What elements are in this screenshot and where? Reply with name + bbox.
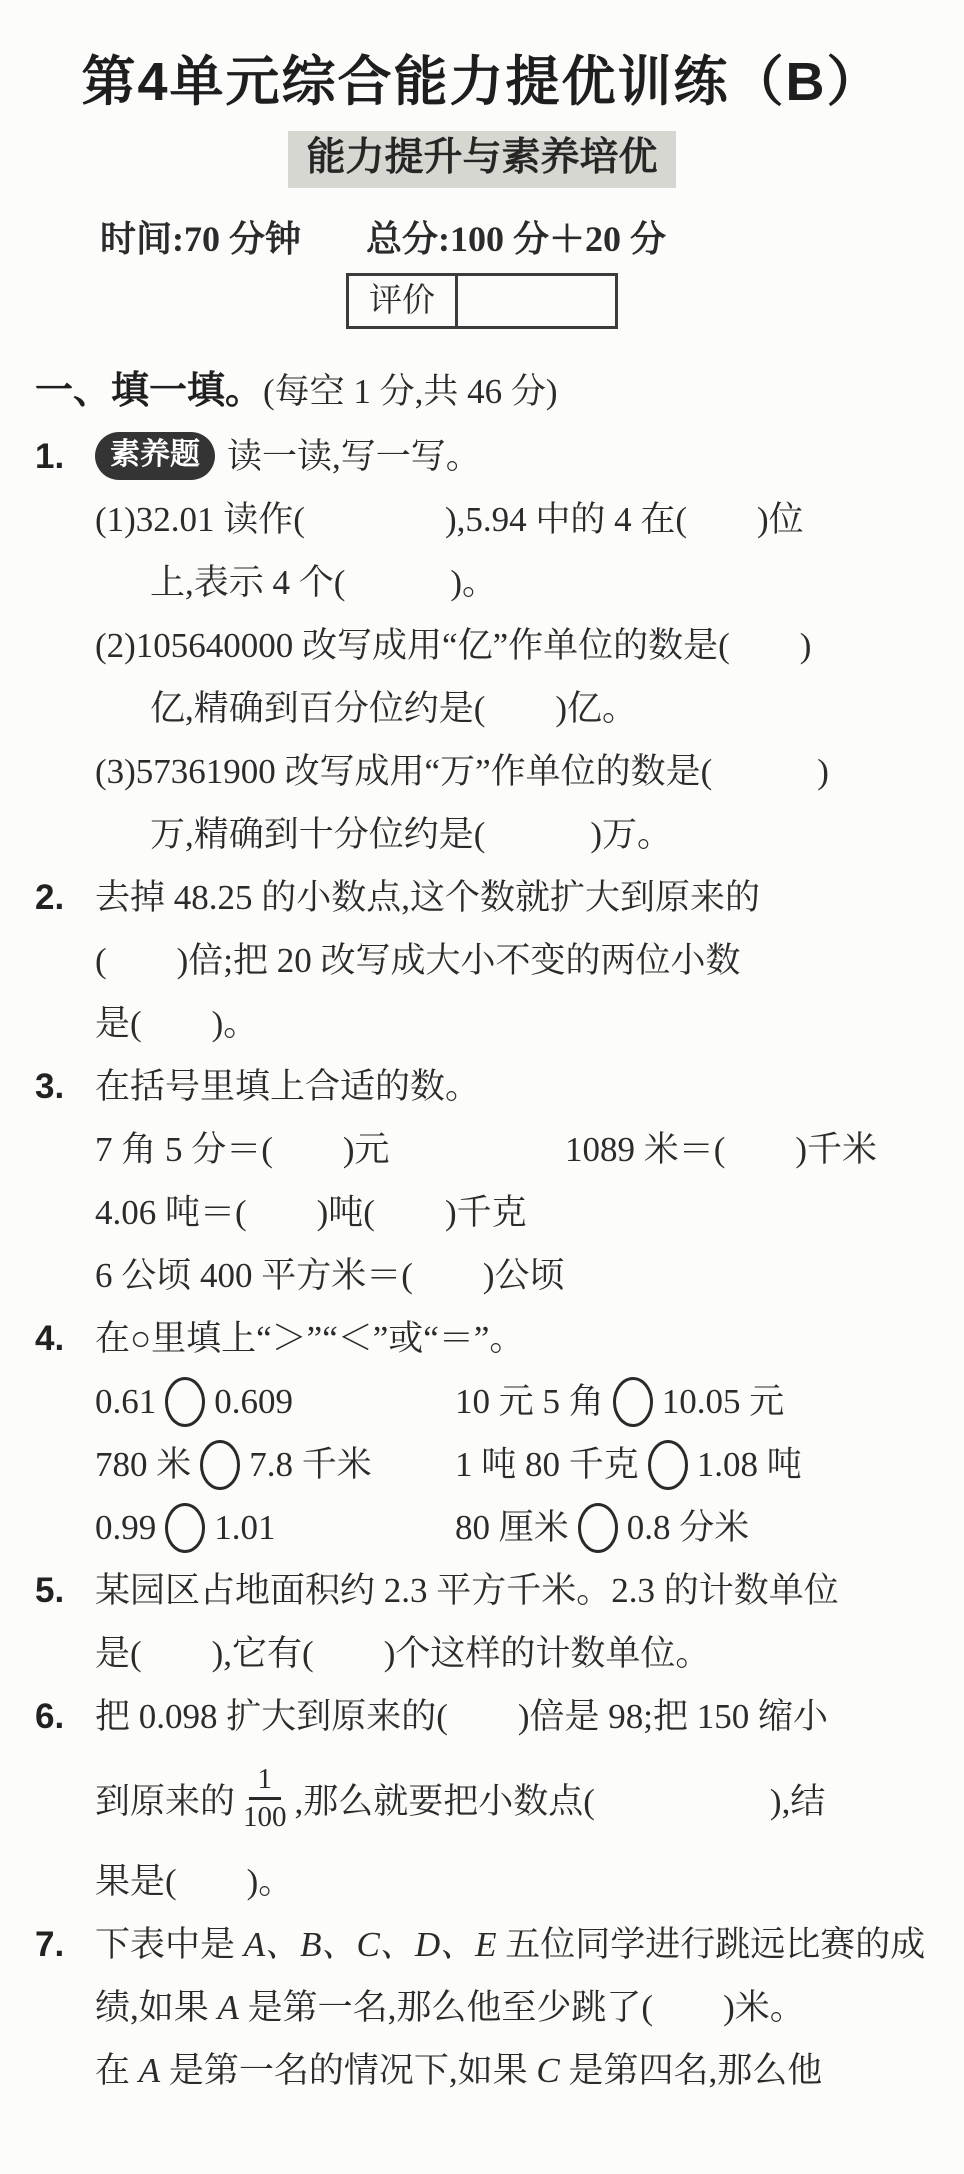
comparison-circle [648, 1440, 688, 1490]
evaluation-table: 评价 [346, 273, 618, 329]
evaluation-label-cell: 评价 [349, 276, 458, 326]
question-3-heading: 在括号里填上合适的数。 [95, 1067, 480, 1106]
question-1-intro: 读一读,写一写。 [227, 437, 481, 476]
comparison-circle [613, 1377, 653, 1427]
conversion-item: 1089 米＝( )千米 [565, 1130, 877, 1169]
question-4-row-1: 0.610.60910 元 5 角10.05 元 [95, 1370, 964, 1433]
comparison-left: 780 米 [95, 1445, 191, 1484]
fraction-1-over-100: 1100 [243, 1763, 287, 1835]
comparison-left: 1 吨 80 千克 [455, 1445, 639, 1484]
section-1-points-note: (每空 1 分,共 46 分) [263, 372, 558, 411]
comparison-pair: 1 吨 80 千克1.08 吨 [455, 1445, 802, 1484]
question-3-row-3: 6 公顷 400 平方米＝( )公顷 [95, 1244, 964, 1307]
question-5-number: 5. [35, 1559, 95, 1622]
competency-badge: 素养题 [95, 432, 215, 481]
question-4: 4.在○里填上“＞”“＜”或“＝”。 [35, 1307, 964, 1370]
question-7-line-3-part-1: 在 [95, 2051, 139, 2090]
question-5: 5.某园区占地面积约 2.3 平方千米。2.3 的计数单位 [35, 1559, 964, 1622]
worksheet-page: 第4单元综合能力提优训练（B） 能力提升与素养培优 时间:70 分钟 总分:10… [0, 0, 964, 2174]
question-7-line-2-prefix: 绩,如果 [95, 1988, 218, 2027]
question-6: 6.把 0.098 扩大到原来的( )倍是 98;把 150 缩小 [35, 1685, 964, 1748]
question-6-line-2-suffix: ,那么就要把小数点( ),结 [295, 1774, 826, 1824]
comparison-pair: 10 元 5 角10.05 元 [455, 1382, 784, 1421]
question-6-line-3: 果是( )。 [95, 1850, 964, 1913]
question-1-item-2-line-2: 亿,精确到百分位约是( )亿。 [150, 677, 964, 740]
evaluation-blank-cell [458, 276, 615, 326]
comparison-circle [200, 1440, 240, 1490]
comparison-circle [578, 1503, 618, 1553]
section-1-heading: 一、填一填。(每空 1 分,共 46 分) [35, 363, 964, 419]
question-6-line-2: 到原来的1100,那么就要把小数点( ),结 [95, 1748, 964, 1850]
question-7-line-3-part-3: 是第四名,那么他 [560, 2051, 823, 2090]
question-2-line-3: 是( )。 [95, 992, 964, 1055]
question-5-line-2: 是( ),它有( )个这样的计数单位。 [95, 1622, 964, 1685]
question-2-line-1: 去掉 48.25 的小数点,这个数就扩大到原来的 [95, 878, 760, 917]
question-7-line-1-suffix: 五位同学进行跳远比赛的成 [497, 1925, 926, 1964]
student-letter-a: A [218, 1988, 239, 2027]
comparison-left: 80 厘米 [455, 1508, 569, 1547]
question-4-row-3: 0.991.0180 厘米0.8 分米 [95, 1496, 964, 1559]
question-5-line-1: 某园区占地面积约 2.3 平方千米。2.3 的计数单位 [95, 1571, 839, 1610]
question-2-line-2: ( )倍;把 20 改写成大小不变的两位小数 [95, 929, 964, 992]
comparison-right: 10.05 元 [662, 1382, 785, 1421]
comparison-left: 0.61 [95, 1382, 156, 1421]
comparison-pair: 0.991.01 [95, 1496, 455, 1559]
question-6-number: 6. [35, 1685, 95, 1748]
student-letters: A、B、C、D、E [244, 1925, 497, 1964]
conversion-item: 7 角 5 分＝( )元 [95, 1118, 565, 1181]
question-7-line-3-part-2: 是第一名的情况下,如果 [160, 2051, 536, 2090]
question-1-item-3-line-1: (3)57361900 改写成用“万”作单位的数是( ) [95, 740, 964, 803]
question-3-row-2: 4.06 吨＝( )吨( )千克 [95, 1181, 964, 1244]
page-title: 第4单元综合能力提优训练（B） [0, 50, 964, 115]
question-6-line-2-prefix: 到原来的 [95, 1774, 235, 1824]
comparison-pair: 0.610.609 [95, 1370, 455, 1433]
question-7-line-3: 在 A 是第一名的情况下,如果 C 是第四名,那么他 [95, 2039, 964, 2102]
question-7-line-1-prefix: 下表中是 [95, 1925, 244, 1964]
question-4-number: 4. [35, 1307, 95, 1370]
comparison-right: 1.08 吨 [697, 1445, 802, 1484]
fraction-numerator: 1 [249, 1763, 282, 1800]
comparison-right: 0.8 分米 [627, 1508, 750, 1547]
question-6-line-1: 把 0.098 扩大到原来的( )倍是 98;把 150 缩小 [95, 1697, 828, 1736]
section-1-title: 一、填一填。 [35, 370, 263, 412]
comparison-left: 10 元 5 角 [455, 1382, 604, 1421]
fraction-denominator: 100 [243, 1800, 287, 1834]
student-letter-c: C [536, 2051, 559, 2090]
question-2: 2.去掉 48.25 的小数点,这个数就扩大到原来的 [35, 866, 964, 929]
comparison-right: 1.01 [214, 1508, 275, 1547]
question-1-number: 1. [35, 425, 95, 488]
meta-score: 总分:100 分＋20 分 [366, 219, 666, 259]
question-7-line-2: 绩,如果 A 是第一名,那么他至少跳了( )米。 [95, 1976, 964, 2039]
comparison-circle [165, 1503, 205, 1553]
meta-time: 时间:70 分钟 [100, 219, 301, 259]
question-3: 3.在括号里填上合适的数。 [35, 1055, 964, 1118]
question-7: 7.下表中是 A、B、C、D、E 五位同学进行跳远比赛的成 [35, 1913, 964, 1976]
question-1-item-1-line-1: (1)32.01 读作( ),5.94 中的 4 在( )位 [95, 488, 964, 551]
comparison-right: 7.8 千米 [249, 1445, 372, 1484]
question-4-row-2: 780 米7.8 千米1 吨 80 千克1.08 吨 [95, 1433, 964, 1496]
student-letter-a: A [139, 2051, 160, 2090]
question-3-row-1: 7 角 5 分＝( )元1089 米＝( )千米 [95, 1118, 964, 1181]
comparison-circle [165, 1377, 205, 1427]
comparison-left: 0.99 [95, 1508, 156, 1547]
question-7-number: 7. [35, 1913, 95, 1976]
question-1: 1.素养题读一读,写一写。 [35, 425, 964, 488]
question-3-number: 3. [35, 1055, 95, 1118]
question-1-item-1-line-2: 上,表示 4 个( )。 [150, 551, 964, 614]
comparison-right: 0.609 [214, 1382, 293, 1421]
question-7-line-2-suffix: 是第一名,那么他至少跳了( )米。 [239, 1988, 805, 2027]
question-1-item-3-line-2: 万,精确到十分位约是( )万。 [150, 803, 964, 866]
comparison-pair: 780 米7.8 千米 [95, 1433, 455, 1496]
subtitle-row: 能力提升与素养培优 [0, 131, 964, 189]
meta-line: 时间:70 分钟 总分:100 分＋20 分 [100, 215, 964, 263]
question-4-heading: 在○里填上“＞”“＜”或“＝”。 [95, 1319, 524, 1358]
comparison-pair: 80 厘米0.8 分米 [455, 1508, 749, 1547]
subtitle-banner: 能力提升与素养培优 [288, 131, 675, 188]
question-2-number: 2. [35, 866, 95, 929]
question-1-item-2-line-1: (2)105640000 改写成用“亿”作单位的数是( ) [95, 614, 964, 677]
